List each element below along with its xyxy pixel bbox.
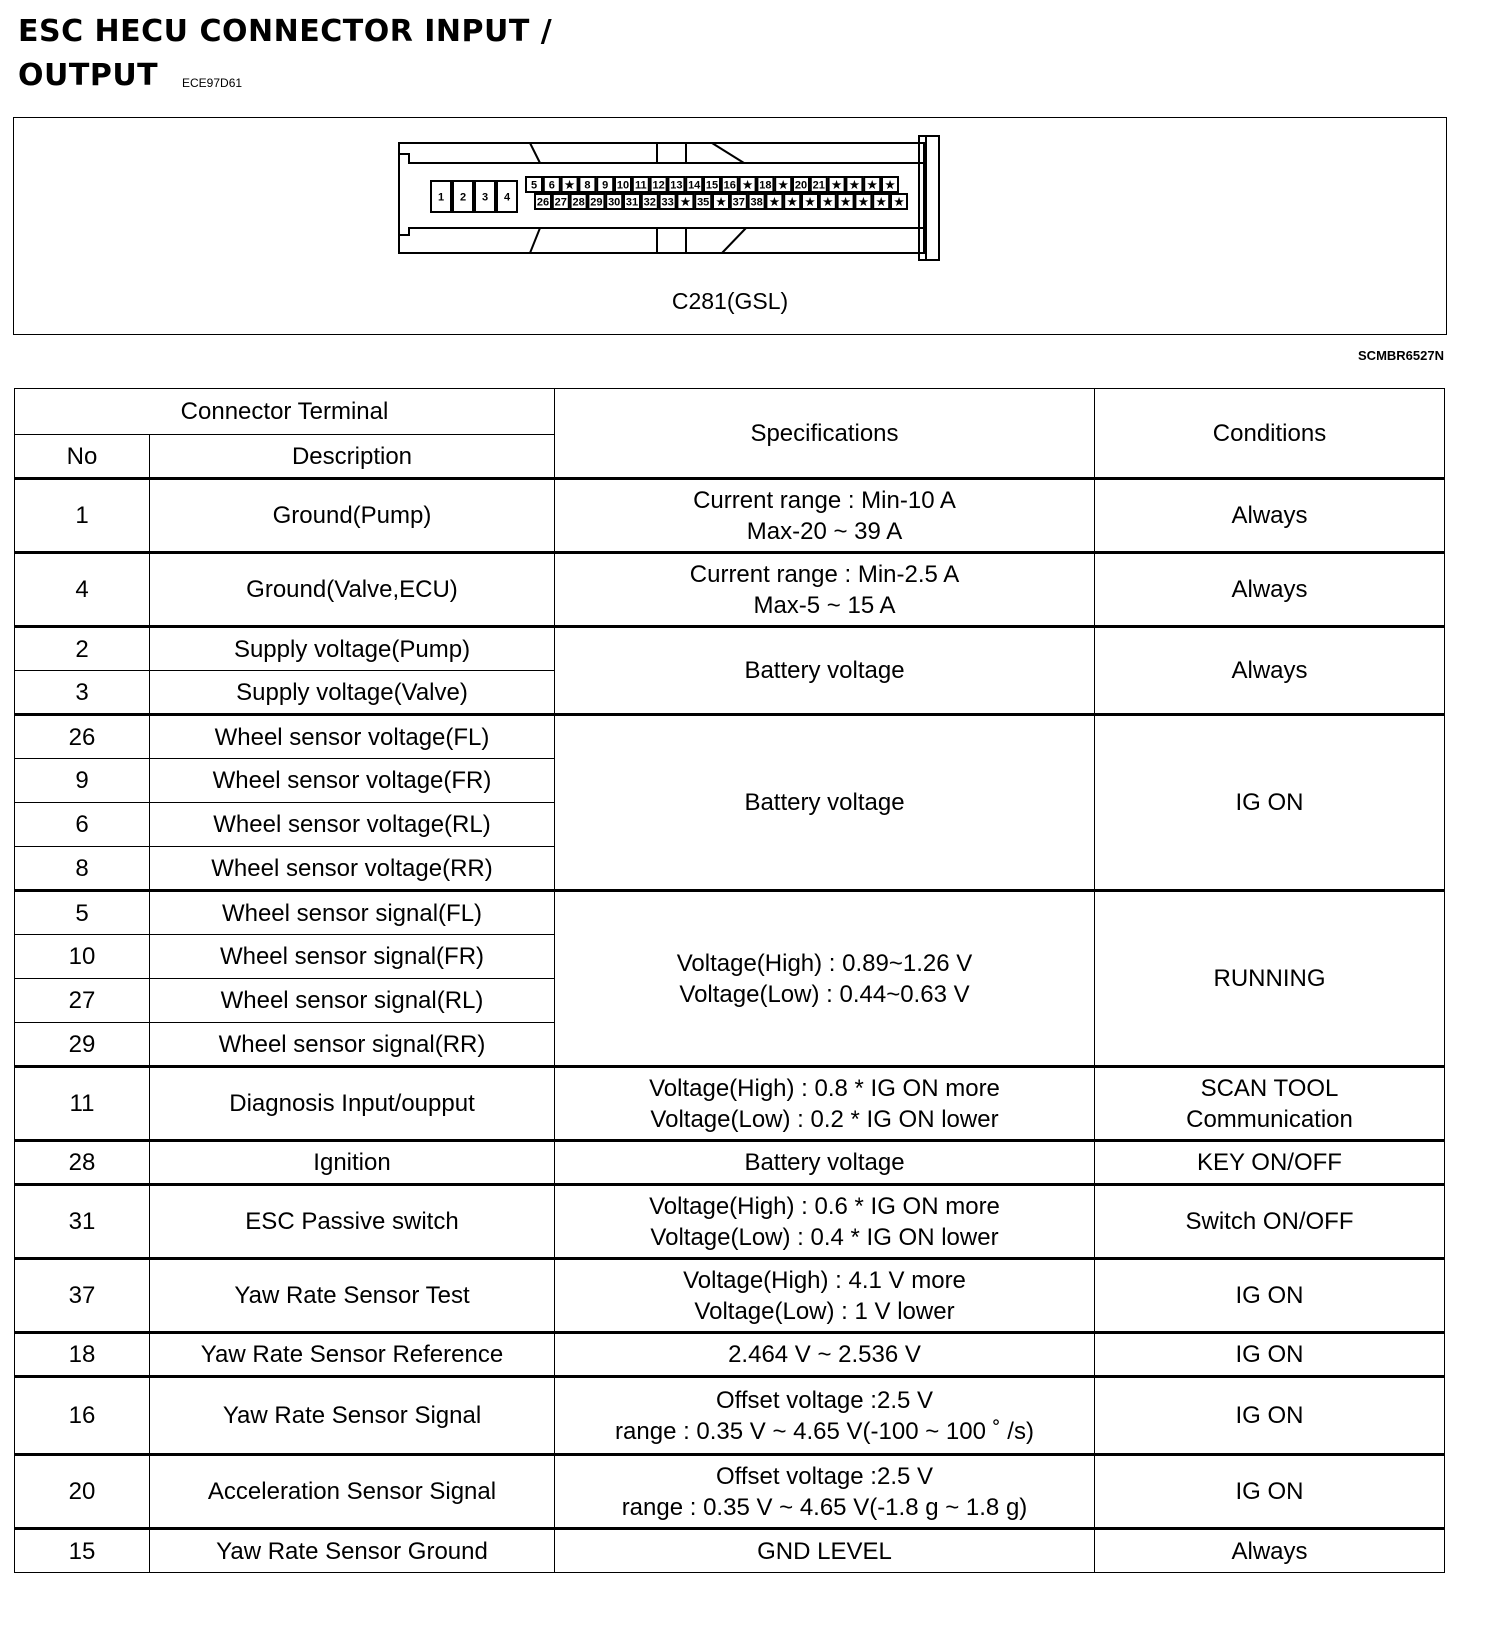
terminal-description: ESC Passive switch [150,1185,555,1259]
terminal-no: 8 [15,847,150,891]
terminal-description: Wheel sensor voltage(FL) [150,715,555,759]
pin-2: 2 [453,181,473,212]
svg-text:★: ★ [680,196,690,208]
table-row: 16Yaw Rate Sensor SignalOffset voltage :… [15,1377,1445,1455]
terminal-no: 37 [15,1259,150,1333]
condition: IG ON [1095,1455,1445,1529]
svg-text:32: 32 [644,196,656,208]
pin-5: 5 [526,177,542,192]
condition: Always [1095,1529,1445,1573]
pin-26: 26 [535,194,551,209]
terminal-description: Wheel sensor signal(RR) [150,1023,555,1067]
svg-text:26: 26 [537,196,549,208]
specification: Voltage(High) : 4.1 V more Voltage(Low) … [555,1259,1095,1333]
specification: 2.464 V ~ 2.536 V [555,1333,1095,1377]
pin-unused: ★ [775,177,791,192]
terminal-no: 28 [15,1141,150,1185]
pin-6: 6 [544,177,560,192]
pin-unused: ★ [820,194,836,209]
terminal-no: 26 [15,715,150,759]
pin-14: 14 [686,177,702,192]
terminal-no: 16 [15,1377,150,1455]
terminal-no: 31 [15,1185,150,1259]
header-conditions: Conditions [1095,389,1445,479]
svg-text:33: 33 [661,196,673,208]
terminal-no: 6 [15,803,150,847]
condition: KEY ON/OFF [1095,1141,1445,1185]
table-row: 4Ground(Valve,ECU)Current range : Min-2.… [15,553,1445,627]
svg-text:35: 35 [697,196,709,208]
terminal-no: 27 [15,979,150,1023]
condition: Switch ON/OFF [1095,1185,1445,1259]
svg-text:37: 37 [733,196,745,208]
svg-text:★: ★ [849,179,859,191]
condition: IG ON [1095,1377,1445,1455]
terminal-no: 3 [15,671,150,715]
svg-text:30: 30 [608,196,620,208]
svg-text:9: 9 [602,179,608,191]
svg-text:31: 31 [626,196,638,208]
specification: Current range : Min-2.5 A Max-5 ~ 15 A [555,553,1095,627]
pin-unused: ★ [829,177,845,192]
table-row: 1Ground(Pump)Current range : Min-10 A Ma… [15,479,1445,553]
pin-11: 11 [633,177,649,192]
svg-text:8: 8 [584,179,590,191]
header-specifications: Specifications [555,389,1095,479]
specification: Battery voltage [555,627,1095,715]
svg-text:★: ★ [867,179,877,191]
svg-text:27: 27 [555,196,567,208]
terminal-description: Ground(Pump) [150,479,555,553]
terminal-no: 2 [15,627,150,671]
svg-text:21: 21 [813,179,825,191]
terminal-no: 1 [15,479,150,553]
terminal-no: 20 [15,1455,150,1529]
svg-text:★: ★ [805,196,815,208]
pin-16: 16 [722,177,738,192]
header-no: No [15,435,150,479]
svg-text:★: ★ [769,196,779,208]
svg-text:15: 15 [706,179,718,191]
table-row: 31ESC Passive switchVoltage(High) : 0.6 … [15,1185,1445,1259]
table-row: 18Yaw Rate Sensor Reference2.464 V ~ 2.5… [15,1333,1445,1377]
pin-unused: ★ [713,194,729,209]
svg-text:★: ★ [841,196,851,208]
pin-unused: ★ [891,194,907,209]
pin-33: 33 [660,194,676,209]
table-row: 2Supply voltage(Pump)Battery voltageAlwa… [15,627,1445,671]
condition: Always [1095,479,1445,553]
svg-text:★: ★ [778,179,788,191]
terminal-description: Yaw Rate Sensor Test [150,1259,555,1333]
terminal-description: Wheel sensor signal(FR) [150,935,555,979]
pin-27: 27 [553,194,569,209]
specification: Battery voltage [555,1141,1095,1185]
pin-unused: ★ [802,194,818,209]
pin-10: 10 [615,177,631,192]
svg-text:6: 6 [549,179,555,191]
svg-text:12: 12 [652,179,664,191]
pin-unused: ★ [846,177,862,192]
table-row: 37Yaw Rate Sensor TestVoltage(High) : 4.… [15,1259,1445,1333]
figure-reference-code: SCMBR6527N [1358,348,1444,363]
specification: Current range : Min-10 A Max-20 ~ 39 A [555,479,1095,553]
pin-21: 21 [811,177,827,192]
pin-18: 18 [757,177,773,192]
pin-15: 15 [704,177,720,192]
pin-unused: ★ [855,194,871,209]
svg-text:3: 3 [482,191,488,203]
table-row: 28IgnitionBattery voltageKEY ON/OFF [15,1141,1445,1185]
header-description: Description [150,435,555,479]
document-code: ECE97D61 [182,76,242,90]
condition: SCAN TOOL Communication [1095,1067,1445,1141]
pin-unused: ★ [766,194,782,209]
pin-31: 31 [624,194,640,209]
svg-text:4: 4 [504,191,511,203]
page-title-line1: ESC HECU CONNECTOR INPUT / [18,14,552,49]
table-row: 20Acceleration Sensor SignalOffset volta… [15,1455,1445,1529]
terminal-description: Wheel sensor voltage(RR) [150,847,555,891]
pin-unused: ★ [873,194,889,209]
connector-label: C281(GSL) [14,288,1446,315]
pin-20: 20 [793,177,809,192]
terminal-no: 5 [15,891,150,935]
terminal-description: Wheel sensor signal(RL) [150,979,555,1023]
terminal-spec-table: Connector Terminal Specifications Condit… [14,388,1445,1573]
terminal-description: Supply voltage(Pump) [150,627,555,671]
condition: IG ON [1095,1259,1445,1333]
pin-1: 1 [431,181,451,212]
terminal-description: Yaw Rate Sensor Ground [150,1529,555,1573]
table-row: 11Diagnosis Input/oupputVoltage(High) : … [15,1067,1445,1141]
pin-unused: ★ [882,177,898,192]
pin-32: 32 [642,194,658,209]
terminal-no: 29 [15,1023,150,1067]
svg-text:5: 5 [531,179,537,191]
page-title-line2: OUTPUT [18,58,158,93]
svg-text:2: 2 [460,191,466,203]
svg-text:13: 13 [670,179,682,191]
pin-4: 4 [497,181,517,212]
svg-text:1: 1 [438,191,444,203]
pin-9: 9 [597,177,613,192]
svg-text:★: ★ [858,196,868,208]
table-row: 5Wheel sensor signal(FL)Voltage(High) : … [15,891,1445,935]
terminal-description: Wheel sensor signal(FL) [150,891,555,935]
specification: Voltage(High) : 0.6 * IG ON more Voltage… [555,1185,1095,1259]
condition: IG ON [1095,715,1445,891]
terminal-description: Yaw Rate Sensor Signal [150,1377,555,1455]
table-row: 26Wheel sensor voltage(FL)Battery voltag… [15,715,1445,759]
svg-text:★: ★ [787,196,797,208]
pin-3: 3 [475,181,495,212]
svg-text:10: 10 [617,179,629,191]
svg-text:14: 14 [688,179,701,191]
svg-text:★: ★ [894,196,904,208]
pin-unused: ★ [864,177,880,192]
terminal-no: 9 [15,759,150,803]
pin-28: 28 [571,194,587,209]
pin-unused: ★ [784,194,800,209]
pin-unused: ★ [740,177,756,192]
condition: IG ON [1095,1333,1445,1377]
terminal-no: 18 [15,1333,150,1377]
svg-text:11: 11 [635,179,647,191]
svg-text:★: ★ [885,179,895,191]
specification: Battery voltage [555,715,1095,891]
terminal-description: Supply voltage(Valve) [150,671,555,715]
condition: Always [1095,627,1445,715]
svg-text:★: ★ [832,179,842,191]
pin-unused: ★ [562,177,578,192]
svg-text:20: 20 [795,179,807,191]
header-connector-terminal: Connector Terminal [15,389,555,435]
svg-text:28: 28 [572,196,584,208]
terminal-no: 15 [15,1529,150,1573]
terminal-description: Wheel sensor voltage(RL) [150,803,555,847]
pin-unused: ★ [677,194,693,209]
specification: Voltage(High) : 0.89~1.26 V Voltage(Low)… [555,891,1095,1067]
pin-35: 35 [695,194,711,209]
pin-13: 13 [668,177,684,192]
specification: GND LEVEL [555,1529,1095,1573]
terminal-description: Acceleration Sensor Signal [150,1455,555,1529]
svg-text:★: ★ [876,196,886,208]
terminal-description: Ground(Valve,ECU) [150,553,555,627]
terminal-no: 10 [15,935,150,979]
pin-12: 12 [651,177,667,192]
terminal-description: Ignition [150,1141,555,1185]
pin-38: 38 [749,194,765,209]
pin-8: 8 [579,177,595,192]
terminal-description: Yaw Rate Sensor Reference [150,1333,555,1377]
svg-text:38: 38 [750,196,762,208]
pin-37: 37 [731,194,747,209]
svg-text:16: 16 [724,179,736,191]
pin-30: 30 [606,194,622,209]
terminal-no: 4 [15,553,150,627]
specification: Offset voltage :2.5 V range : 0.35 V ~ 4… [555,1455,1095,1529]
specification: Offset voltage :2.5 V range : 0.35 V ~ 4… [555,1377,1095,1455]
svg-text:★: ★ [743,179,753,191]
terminal-description: Diagnosis Input/oupput [150,1067,555,1141]
svg-text:★: ★ [716,196,726,208]
pin-29: 29 [588,194,604,209]
svg-text:29: 29 [590,196,602,208]
svg-text:★: ★ [823,196,833,208]
condition: Always [1095,553,1445,627]
pin-unused: ★ [838,194,854,209]
terminal-description: Wheel sensor voltage(FR) [150,759,555,803]
table-row: 15Yaw Rate Sensor GroundGND LEVELAlways [15,1529,1445,1573]
connector-diagram-box: 1234 56★8910111213141516★18★2021★★★★ 262… [13,117,1447,335]
terminal-no: 11 [15,1067,150,1141]
svg-text:18: 18 [759,179,771,191]
svg-text:★: ★ [565,179,575,191]
specification: Voltage(High) : 0.8 * IG ON more Voltage… [555,1067,1095,1141]
condition: RUNNING [1095,891,1445,1067]
